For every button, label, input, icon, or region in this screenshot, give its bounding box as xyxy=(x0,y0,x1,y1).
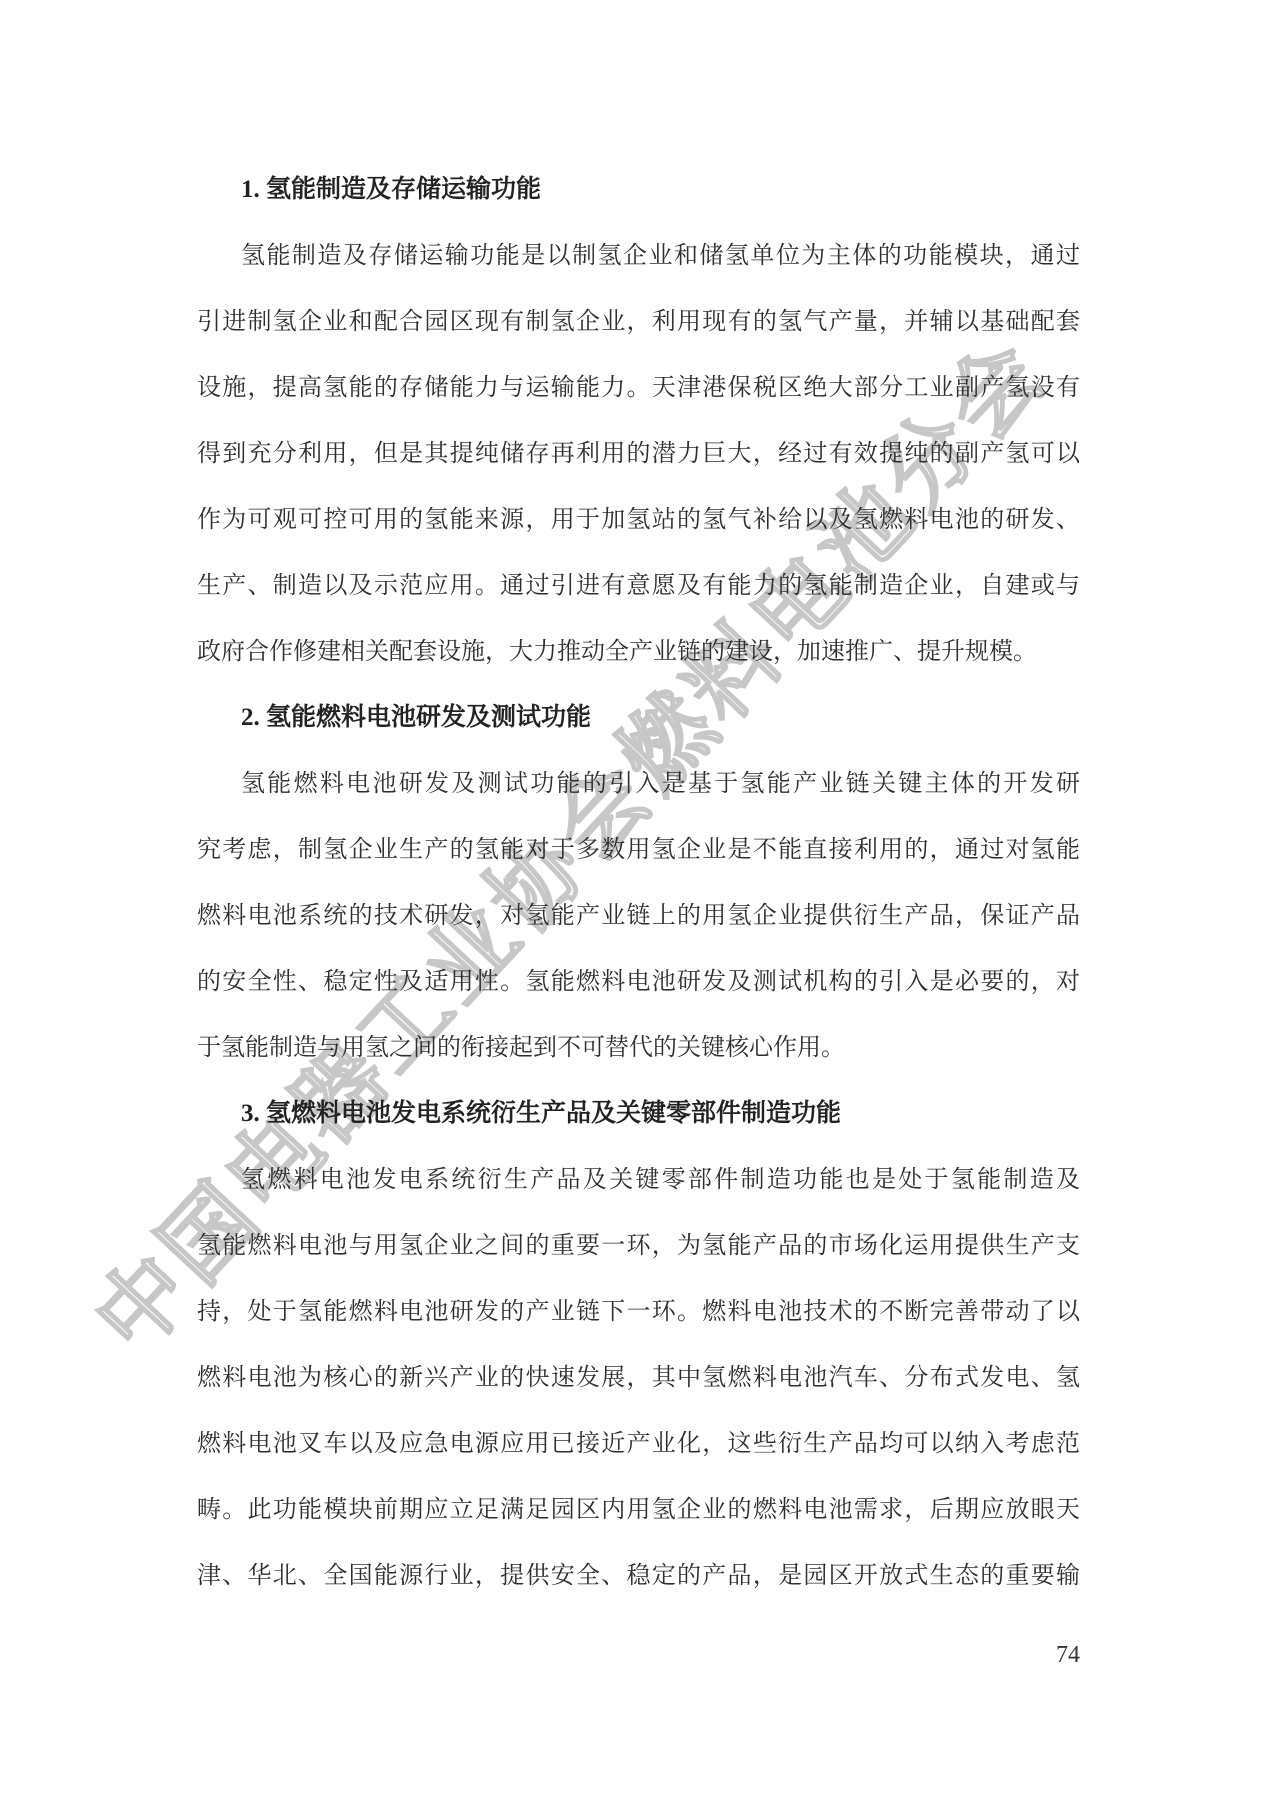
text-line: 生产、制造以及示范应用。通过引进有意愿及有能力的氢能制造企业，自建或与 xyxy=(197,553,1080,619)
text-line: 引进制氢企业和配合园区现有制氢企业，利用现有的氢气产量，并辅以基础配套 xyxy=(197,289,1080,355)
text-line: 氢能制造及存储运输功能是以制氢企业和储氢单位为主体的功能模块，通过 xyxy=(197,223,1080,289)
text-line: 作为可观可控可用的氢能来源，用于加氢站的氢气补给以及氢燃料电池的研发、 xyxy=(197,487,1080,553)
text-line: 设施，提高氢能的存储能力与运输能力。天津港保税区绝大部分工业副产氢没有 xyxy=(197,355,1080,421)
document-content: 1. 氢能制造及存储运输功能氢能制造及存储运输功能是以制氢企业和储氢单位为主体的… xyxy=(197,157,1080,1609)
page-number: 74 xyxy=(1056,1642,1080,1669)
text-line: 氢能燃料电池与用氢企业之间的重要一环，为氢能产品的市场化运用提供生产支 xyxy=(197,1213,1080,1279)
text-line: 政府合作修建相关配套设施，大力推动全产业链的建设，加速推广、提升规模。 xyxy=(197,619,1080,685)
text-line: 得到充分利用，但是其提纯储存再利用的潜力巨大，经过有效提纯的副产氢可以 xyxy=(197,421,1080,487)
section-heading: 3. 氢燃料电池发电系统衍生产品及关键零部件制造功能 xyxy=(197,1081,1080,1147)
section-heading: 2. 氢能燃料电池研发及测试功能 xyxy=(197,685,1080,751)
text-line: 究考虑，制氢企业生产的氢能对于多数用氢企业是不能直接利用的，通过对氢能 xyxy=(197,817,1080,883)
text-line: 燃料电池叉车以及应急电源应用已接近产业化，这些衍生产品均可以纳入考虑范 xyxy=(197,1411,1080,1477)
text-line: 燃料电池系统的技术研发，对氢能产业链上的用氢企业提供衍生产品，保证产品 xyxy=(197,883,1080,949)
text-line: 的安全性、稳定性及适用性。氢能燃料电池研发及测试机构的引入是必要的，对 xyxy=(197,949,1080,1015)
text-line: 畴。此功能模块前期应立足满足园区内用氢企业的燃料电池需求，后期应放眼天 xyxy=(197,1477,1080,1543)
text-line: 持，处于氢能燃料电池研发的产业链下一环。燃料电池技术的不断完善带动了以 xyxy=(197,1279,1080,1345)
text-line: 氢燃料电池发电系统衍生产品及关键零部件制造功能也是处于氢能制造及 xyxy=(197,1147,1080,1213)
text-line: 津、华北、全国能源行业，提供安全、稳定的产品，是园区开放式生态的重要输 xyxy=(197,1543,1080,1609)
text-line: 于氢能制造与用氢之间的衔接起到不可替代的关键核心作用。 xyxy=(197,1015,1080,1081)
text-line: 氢能燃料电池研发及测试功能的引入是基于氢能产业链关键主体的开发研 xyxy=(197,751,1080,817)
section-heading: 1. 氢能制造及存储运输功能 xyxy=(197,157,1080,223)
document-page: 中国电器工业协会燃料电池分会 1. 氢能制造及存储运输功能氢能制造及存储运输功能… xyxy=(0,0,1273,1800)
text-line: 燃料电池为核心的新兴产业的快速发展，其中氢燃料电池汽车、分布式发电、氢 xyxy=(197,1345,1080,1411)
